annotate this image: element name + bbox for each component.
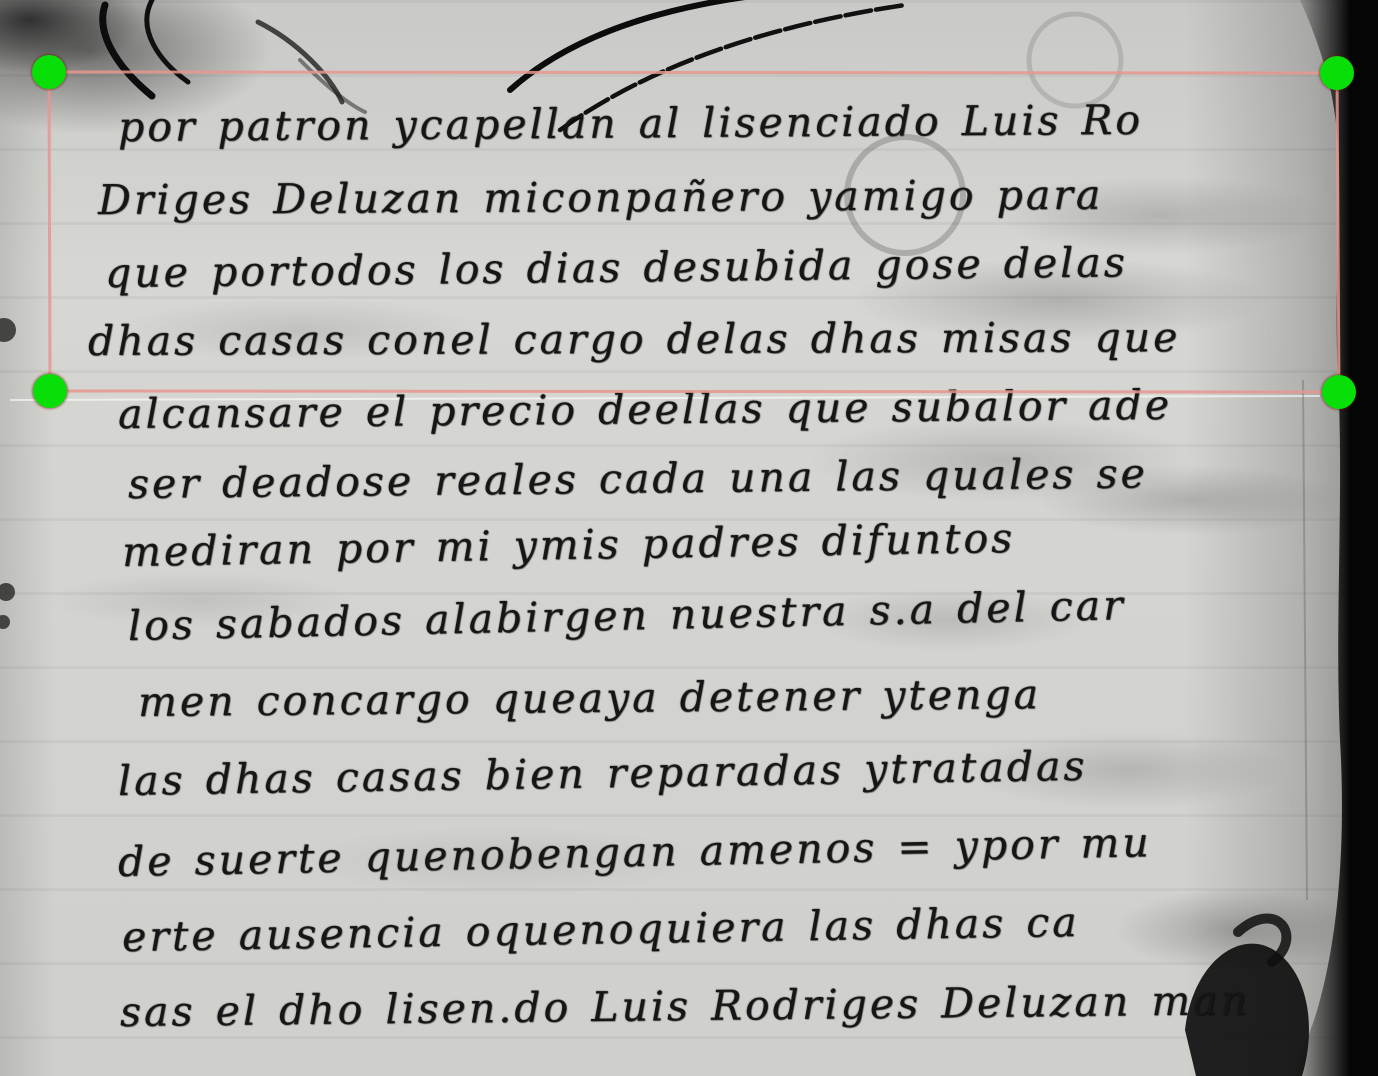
corner-top-right-handle[interactable] bbox=[1320, 56, 1354, 90]
selection-rectangle bbox=[49, 72, 1339, 392]
manuscript-scan: por patron ycapellan al lisenciado Luis … bbox=[0, 0, 1378, 1076]
corner-bottom-left-handle[interactable] bbox=[33, 374, 67, 408]
corner-top-left-handle[interactable] bbox=[32, 55, 66, 89]
corner-bottom-right-handle[interactable] bbox=[1322, 375, 1356, 409]
annotation-box bbox=[0, 0, 1378, 1076]
